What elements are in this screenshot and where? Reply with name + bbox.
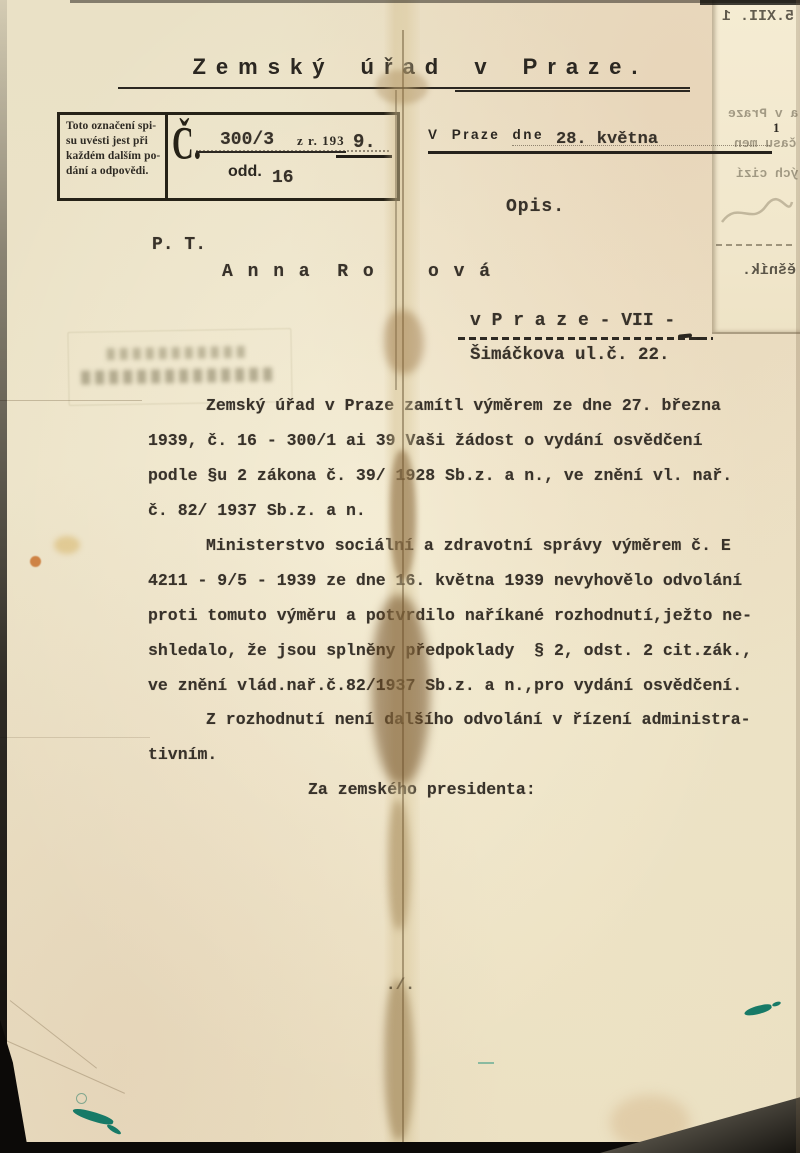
- bleedthrough-line: ých cizí: [736, 166, 798, 181]
- reference-box-divider: [165, 112, 168, 198]
- department-label: odd.: [228, 163, 262, 181]
- tape-stain: [390, 450, 416, 580]
- scanned-letter-page: 5.XII. 1 a v Praze času men ých cizí ěšn…: [0, 0, 800, 1153]
- bleedthrough-line: času men: [734, 136, 796, 151]
- body-line: Zemský úřad v Praze zamítl výměrem ze dn…: [148, 396, 721, 415]
- addressee-salutation: P. T.: [152, 235, 206, 255]
- letterhead-rule-2: [455, 90, 690, 92]
- department-value: 16: [272, 168, 294, 188]
- teal-circle-mark: [76, 1093, 87, 1104]
- tape-stain: [376, 70, 428, 104]
- body-line: ve znění vlád.nař.č.82/1937 Sb.z. a n.,p…: [148, 676, 742, 695]
- teal-pen-mark: [772, 1001, 782, 1008]
- file-number-label: Č.: [172, 118, 201, 171]
- year-printed-label: z r. 193: [297, 133, 345, 149]
- tape-stain: [388, 800, 410, 930]
- addressee-name-part2: o v á: [428, 262, 492, 282]
- addressee-name-part1: A n n a R o: [222, 262, 376, 282]
- body-line: č. 82/ 1937 Sb.z. a n.: [148, 501, 366, 520]
- body-line: 4211 - 9/5 - 1939 ze dne 16. května 1939…: [148, 571, 742, 590]
- scan-edge-right: [796, 0, 800, 1153]
- tape-stain: [384, 980, 414, 1140]
- bleedthrough-date: 5.XII. 1: [722, 8, 794, 25]
- adjacent-page-strip: 5.XII. 1 a v Praze času men ých cizí ěšn…: [712, 0, 800, 334]
- body-line: Z rozhodnutí není dalšího odvolání v říz…: [148, 710, 751, 729]
- year-typed-value: 9.: [353, 131, 376, 153]
- orange-ink-spot: [30, 556, 41, 567]
- body-line: tivním.: [148, 745, 217, 764]
- body-line: proti tomuto výměru a potvrdilo naříkané…: [148, 606, 752, 625]
- tape-repair-strip: [384, 0, 420, 1153]
- bleedthrough-line: a v Praze: [728, 106, 798, 121]
- file-number-rule: [196, 151, 346, 153]
- crumple-line: [6, 1040, 125, 1094]
- body-line: Ministerstvo sociální a zdravotní správy…: [148, 536, 731, 555]
- dateline-typed-date: 28. května: [556, 130, 658, 149]
- dateline-label: V Praze dne: [428, 127, 544, 142]
- scan-edge-top: [70, 0, 800, 3]
- file-number-value: 300/3: [220, 130, 274, 150]
- yellow-stain: [54, 536, 80, 554]
- teal-pen-mark: [743, 1003, 772, 1018]
- addressee-street-line: Šimáčkova ul.č. 22.: [470, 345, 670, 365]
- crumple-line: [10, 1000, 97, 1069]
- tape-stain: [384, 310, 424, 374]
- closing-line: Za zemského presidenta:: [308, 780, 536, 799]
- scan-edge-left: [0, 0, 7, 1153]
- ghost-stamp-text-row: [81, 367, 277, 384]
- dateline-rule: [428, 151, 772, 154]
- ghost-stamp: [67, 328, 292, 406]
- bleedthrough-dashed-line: [716, 244, 794, 246]
- body-line: podle §u 2 zákona č. 39/ 1928 Sb.z. a n.…: [148, 466, 732, 485]
- bleedthrough-line: ěšník.: [742, 262, 796, 279]
- reference-instruction: Toto označení spi- su uvésti jest při ka…: [66, 119, 163, 179]
- dateline-year-digit: 1: [773, 120, 780, 136]
- crease-line: [0, 400, 142, 401]
- scan-edge-top-right: [700, 0, 800, 5]
- addressee-city-line: v P r a z e - VII -: [470, 311, 675, 331]
- address-dashed-underline: [458, 337, 713, 340]
- body-line: shledalo, že jsou splněny předpoklady § …: [148, 641, 752, 660]
- teal-faint-dash: [478, 1062, 494, 1064]
- crease-line: [0, 737, 150, 738]
- body-line: 1939, č. 16 - 300/1 ai 39 Vaši žádost o …: [148, 431, 703, 450]
- copy-label: Opis.: [506, 197, 565, 217]
- ghost-stamp-text-row: [107, 346, 247, 360]
- teal-pen-mark: [106, 1123, 122, 1136]
- bleedthrough-signature-squiggle: [718, 192, 794, 232]
